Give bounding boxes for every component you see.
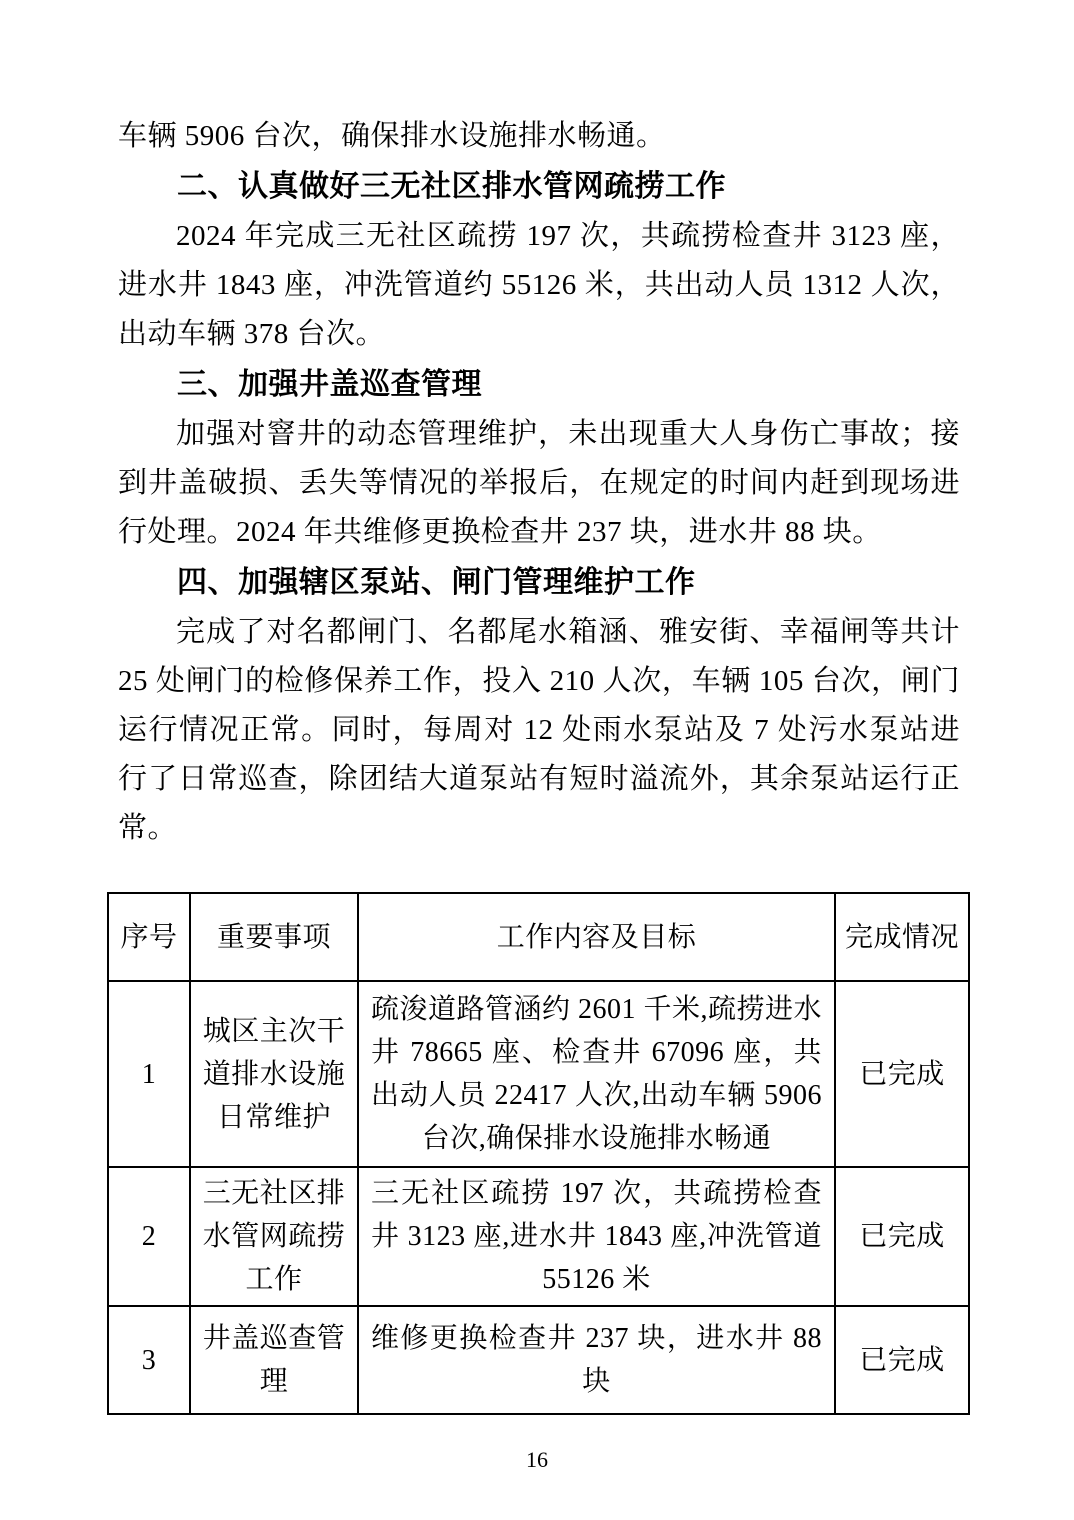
cell-status: 已完成: [835, 1306, 969, 1414]
cell-status: 已完成: [835, 1167, 969, 1306]
cell-content: 疏浚道路管涵约 2601 千米,疏捞进水井 78665 座、检查井 67096 …: [358, 981, 835, 1167]
cell-index: 1: [108, 981, 190, 1167]
table-row: 2 三无社区排水管网疏捞工作 三无社区疏捞 197 次，共疏捞检查井 3123 …: [108, 1167, 969, 1306]
page-number: 16: [0, 1448, 1074, 1472]
section-paragraph-3: 加强对窨井的动态管理维护，未出现重大人身伤亡事故；接到井盖破损、丢失等情况的举报…: [118, 410, 960, 557]
table-header-row: 序号 重要事项 工作内容及目标 完成情况: [108, 893, 969, 981]
section-heading-2: 二、认真做好三无社区排水管网疏捞工作: [118, 161, 960, 212]
document-body: 车辆 5906 台次，确保排水设施排水畅通。 二、认真做好三无社区排水管网疏捞工…: [118, 112, 960, 1415]
section-heading-3: 三、加强井盖巡查管理: [118, 359, 960, 410]
cell-index: 3: [108, 1306, 190, 1414]
cell-status: 已完成: [835, 981, 969, 1167]
column-header-item: 重要事项: [190, 893, 358, 981]
section-paragraph-2: 2024 年完成三无社区疏捞 197 次，共疏捞检查井 3123 座，进水井 1…: [118, 212, 960, 359]
column-header-content: 工作内容及目标: [358, 893, 835, 981]
cell-item: 城区主次干道排水设施日常维护: [190, 981, 358, 1167]
section-heading-4: 四、加强辖区泵站、闸门管理维护工作: [118, 557, 960, 608]
cell-content: 维修更换检查井 237 块，进水井 88 块: [358, 1306, 835, 1414]
work-summary-table: 序号 重要事项 工作内容及目标 完成情况 1 城区主次干道排水设施日常维护 疏浚…: [107, 892, 970, 1415]
cell-item: 三无社区排水管网疏捞工作: [190, 1167, 358, 1306]
paragraph-continuation: 车辆 5906 台次，确保排水设施排水畅通。: [118, 112, 960, 161]
cell-content: 三无社区疏捞 197 次，共疏捞检查井 3123 座,进水井 1843 座,冲洗…: [358, 1167, 835, 1306]
cell-index: 2: [108, 1167, 190, 1306]
table-row: 3 井盖巡查管理 维修更换检查井 237 块，进水井 88 块 已完成: [108, 1306, 969, 1414]
table-row: 1 城区主次干道排水设施日常维护 疏浚道路管涵约 2601 千米,疏捞进水井 7…: [108, 981, 969, 1167]
cell-item: 井盖巡查管理: [190, 1306, 358, 1414]
column-header-status: 完成情况: [835, 893, 969, 981]
section-paragraph-4: 完成了对名都闸门、名都尾水箱涵、雅安街、幸福闸等共计 25 处闸门的检修保养工作…: [118, 608, 960, 853]
column-header-index: 序号: [108, 893, 190, 981]
document-page: 车辆 5906 台次，确保排水设施排水畅通。 二、认真做好三无社区排水管网疏捞工…: [0, 0, 1074, 1520]
